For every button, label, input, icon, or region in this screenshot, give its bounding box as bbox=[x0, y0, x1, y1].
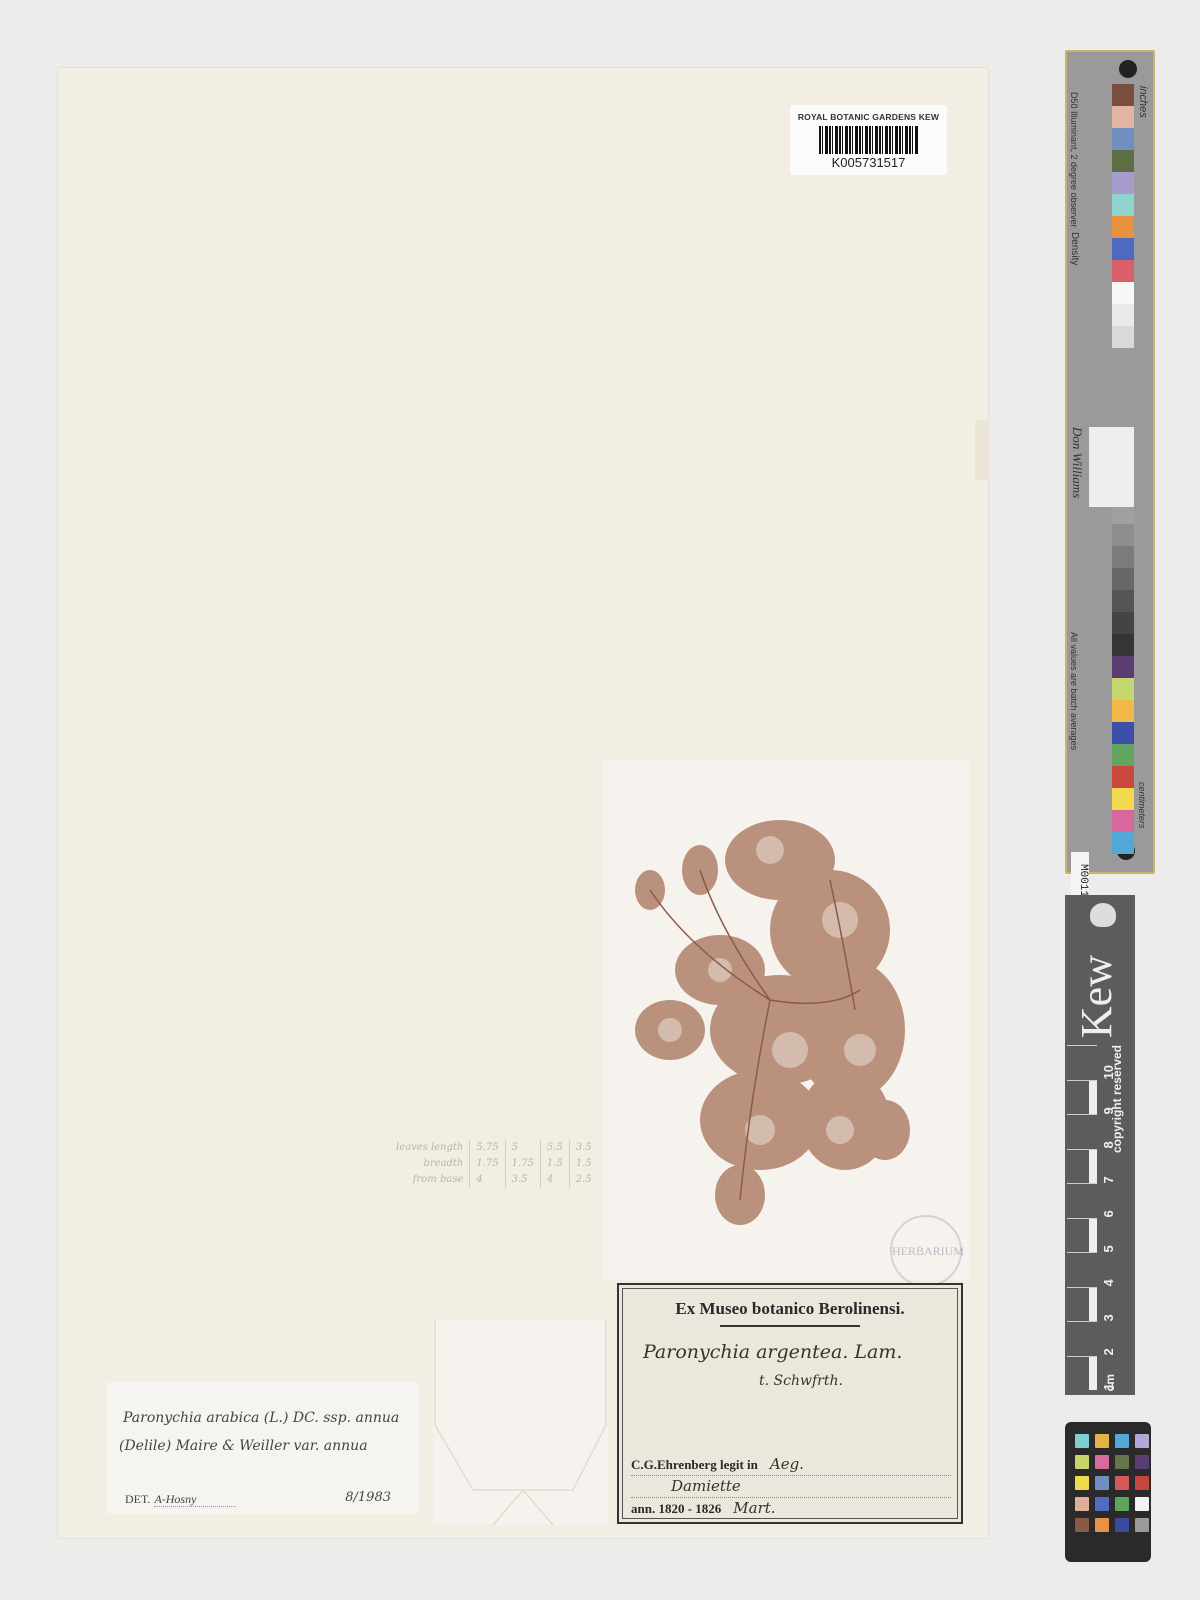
kew-scale-bar: Kew copyright reserved 10 9 8 7 6 5 4 3 … bbox=[1065, 895, 1135, 1395]
region: Aeg. bbox=[770, 1455, 804, 1473]
batch-note: All values are batch averages bbox=[1069, 632, 1079, 750]
header-rule bbox=[720, 1325, 860, 1327]
tick-label: 9 bbox=[1101, 1080, 1116, 1115]
herbarium-stamp: HERBARIUM 1867 bbox=[890, 1215, 962, 1287]
det-name: A-Hosny bbox=[154, 1492, 236, 1507]
checker-patch bbox=[1095, 1518, 1109, 1532]
color-patch bbox=[1112, 106, 1134, 128]
checker-patch bbox=[1135, 1455, 1149, 1469]
measurement-value: 1.5 bbox=[569, 1156, 597, 1172]
gray-target bbox=[1089, 427, 1134, 507]
barcode-icon bbox=[819, 126, 919, 154]
checker-patch bbox=[1135, 1497, 1149, 1511]
determination-line-1: Paronychia arabica (L.) DC. ssp. annua bbox=[123, 1410, 399, 1426]
color-checker-card bbox=[1065, 1422, 1151, 1562]
measurement-row: leaves length 5.75 5 5.5 3.5 bbox=[390, 1140, 598, 1156]
locality-line: Damiette bbox=[631, 1477, 951, 1498]
checker-patch bbox=[1115, 1518, 1129, 1532]
checker-patch bbox=[1095, 1455, 1109, 1469]
collector-line: C.G.Ehrenberg legit inAeg. bbox=[631, 1455, 951, 1476]
date-line: ann. 1820 - 1826Mart. bbox=[631, 1499, 951, 1519]
tick-label: 2 bbox=[1101, 1321, 1116, 1356]
barcode-number: K005731517 bbox=[790, 155, 947, 170]
color-calibration-chart: inches D50 Illuminant, 2 degree observer… bbox=[1065, 50, 1155, 874]
checker-patch bbox=[1135, 1518, 1149, 1532]
color-patch bbox=[1112, 634, 1134, 656]
measurement-value: 4 bbox=[540, 1172, 569, 1188]
color-patch bbox=[1112, 238, 1134, 260]
checker-patch bbox=[1115, 1455, 1129, 1469]
color-patch bbox=[1112, 150, 1134, 172]
tick-label: 4 bbox=[1101, 1252, 1116, 1287]
original-collection-label: Ex Museo botanico Berolinensi. Paronychi… bbox=[617, 1283, 963, 1524]
color-patch bbox=[1112, 524, 1134, 546]
unit-label: cm bbox=[1103, 1374, 1117, 1391]
determination-line-2: (Delile) Maire & Weiller var. annua bbox=[119, 1438, 368, 1454]
determiner-line: DET.A-Hosny bbox=[125, 1492, 236, 1507]
month: Mart. bbox=[733, 1499, 775, 1517]
kew-logo: Kew bbox=[1071, 955, 1122, 1038]
brand-label: Don Williams bbox=[1069, 427, 1085, 498]
color-patch bbox=[1112, 546, 1134, 568]
tick-label: 3 bbox=[1101, 1287, 1116, 1322]
measurement-value: 1.5 bbox=[540, 1156, 569, 1172]
det-prefix: DET. bbox=[125, 1492, 150, 1506]
checker-patch bbox=[1135, 1476, 1149, 1490]
color-patch bbox=[1112, 172, 1134, 194]
checker-patch bbox=[1075, 1434, 1089, 1448]
year-prefix: ann. 1820 - 1826 bbox=[631, 1501, 721, 1516]
color-patch bbox=[1112, 568, 1134, 590]
measurement-value: 5 bbox=[505, 1140, 540, 1156]
color-patch bbox=[1112, 128, 1134, 150]
checker-patch bbox=[1075, 1455, 1089, 1469]
color-patch bbox=[1112, 194, 1134, 216]
color-patch bbox=[1112, 84, 1134, 106]
measurement-label: from base bbox=[390, 1172, 470, 1188]
inches-label: inches bbox=[1137, 86, 1149, 118]
pencil-measurements: leaves length 5.75 5 5.5 3.5 breadth 1.7… bbox=[390, 1140, 598, 1188]
checker-patch bbox=[1075, 1497, 1089, 1511]
color-patch bbox=[1112, 722, 1134, 744]
determination-slip: Paronychia arabica (L.) DC. ssp. annua (… bbox=[107, 1382, 419, 1514]
tick-label: 8 bbox=[1101, 1114, 1116, 1149]
checker-patch bbox=[1095, 1476, 1109, 1490]
checker-patch bbox=[1095, 1434, 1109, 1448]
mount-hole-icon bbox=[1119, 60, 1137, 78]
checker-patch bbox=[1135, 1434, 1149, 1448]
measurement-value: 5.5 bbox=[540, 1140, 569, 1156]
checker-patch bbox=[1095, 1497, 1109, 1511]
color-patch bbox=[1112, 612, 1134, 634]
density-label: Density bbox=[1069, 232, 1080, 265]
color-patch bbox=[1112, 832, 1134, 854]
centimeters-label: centimeters bbox=[1137, 782, 1147, 829]
color-patch bbox=[1112, 810, 1134, 832]
color-patch bbox=[1112, 304, 1134, 326]
color-patch bbox=[1112, 766, 1134, 788]
color-patch bbox=[1112, 656, 1134, 678]
tick-label: 7 bbox=[1101, 1149, 1116, 1184]
checker-patch bbox=[1075, 1518, 1089, 1532]
color-patch bbox=[1112, 700, 1134, 722]
checker-patch bbox=[1115, 1476, 1129, 1490]
pressed-plant-specimen bbox=[630, 800, 920, 1230]
ruler-numbers: 10 9 8 7 6 5 4 3 2 1 bbox=[1101, 1045, 1115, 1390]
color-patch bbox=[1112, 744, 1134, 766]
royal-crest-icon bbox=[1090, 903, 1116, 927]
measurement-value: 5.75 bbox=[470, 1140, 505, 1156]
measurement-row: from base 4 3.5 4 2.5 bbox=[390, 1172, 598, 1188]
color-patch bbox=[1112, 678, 1134, 700]
color-patch bbox=[1112, 216, 1134, 238]
institution-name: ROYAL BOTANIC GARDENS KEW bbox=[790, 112, 947, 122]
measurement-value: 3.5 bbox=[569, 1140, 597, 1156]
measurement-label: leaves length bbox=[390, 1140, 470, 1156]
measurement-row: breadth 1.75 1.75 1.5 1.5 bbox=[390, 1156, 598, 1172]
checker-patch bbox=[1075, 1476, 1089, 1490]
measurement-value: 4 bbox=[470, 1172, 505, 1188]
label-determiner: t. Schwfrth. bbox=[759, 1373, 843, 1389]
barcode-label: ROYAL BOTANIC GARDENS KEW K005731517 bbox=[790, 105, 947, 175]
taxon-name: Paronychia argentea. Lam. bbox=[643, 1341, 902, 1363]
color-patch bbox=[1112, 326, 1134, 348]
tick-label: 10 bbox=[1101, 1045, 1116, 1080]
cm-ruler bbox=[1067, 1045, 1097, 1390]
color-patch bbox=[1112, 788, 1134, 810]
measurement-value: 1.75 bbox=[505, 1156, 540, 1172]
det-date: 8/1983 bbox=[345, 1490, 391, 1505]
sheet-tear bbox=[975, 420, 989, 480]
collector-prefix: C.G.Ehrenberg legit in bbox=[631, 1457, 758, 1472]
tick-label: 5 bbox=[1101, 1218, 1116, 1253]
locality: Damiette bbox=[671, 1477, 741, 1495]
tick-label: 6 bbox=[1101, 1183, 1116, 1218]
checker-patch bbox=[1115, 1434, 1129, 1448]
label-header: Ex Museo botanico Berolinensi. bbox=[619, 1299, 961, 1319]
checker-patch bbox=[1115, 1497, 1129, 1511]
measurement-label: breadth bbox=[390, 1156, 470, 1172]
fragment-packet bbox=[433, 1320, 608, 1525]
illuminant-note: D50 Illuminant, 2 degree observer bbox=[1069, 92, 1079, 228]
color-patch bbox=[1112, 282, 1134, 304]
color-patch bbox=[1112, 590, 1134, 612]
measurement-value: 2.5 bbox=[569, 1172, 597, 1188]
measurement-value: 1.75 bbox=[470, 1156, 505, 1172]
measurement-value: 3.5 bbox=[505, 1172, 540, 1188]
color-patch bbox=[1112, 260, 1134, 282]
